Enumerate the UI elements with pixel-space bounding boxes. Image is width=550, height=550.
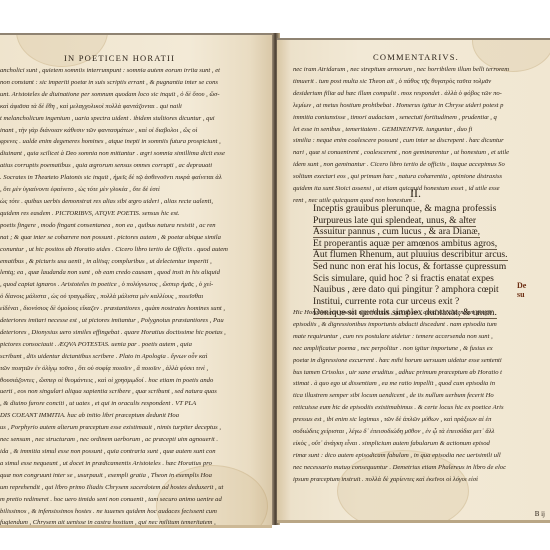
margin-note: De su (517, 281, 526, 299)
pencil-mark: / (467, 265, 470, 275)
text-line: unt. Aristoteles de diuinatione per somn… (0, 89, 272, 101)
text-line: deteriores , Dionysius uero similes effi… (0, 327, 272, 339)
text-line: pressus est , ibi enim sic legimus , τῶν… (293, 414, 506, 426)
text-line: λεμίων , at metus hostium prohibebat . H… (293, 100, 509, 112)
text-line: non constant : sic imperiti poetæ in sui… (0, 77, 272, 89)
text-line: ὡς τότε . quibus uerbis demonstrat res a… (0, 196, 272, 208)
text-line: quidem ita sunt Stoici assensi , ut etia… (293, 183, 509, 195)
text-line: φρενες . ualde enim degeneres homines , … (0, 136, 272, 148)
text-line: Institui, currente rota cur urceus exit … (313, 296, 508, 308)
text-line: Purpureus late qui splendeat, unus, & al… (313, 215, 508, 227)
text-line: poetæ in digressione excurrent . hæc mih… (293, 355, 506, 367)
text-line: Sed nunc non erat his locus, & fortasse … (313, 261, 508, 273)
text-line: nec amplificatur poema , nec perpolitur … (293, 343, 506, 355)
text-line: Et properantis aquæ per amœnos ambitus a… (313, 238, 508, 250)
left-page-text: ancholici sunt , quietem somniis interru… (0, 65, 272, 528)
text-line: , & diuino furore conciti , ut uates , e… (0, 398, 272, 410)
text-line: Scis simulare, quid hoc ? si fractis ena… (313, 273, 508, 285)
text-line: bus tamen Crisolus , uir sane eruditus ,… (293, 367, 506, 379)
text-line: atius corruptis poematibus , quia ægroru… (0, 160, 272, 172)
text-line: lentq; ea , quæ laudanda non sunt , ob e… (0, 267, 272, 279)
text-line: deteriores imitari necesse est , ut pict… (0, 315, 272, 327)
text-line: Nauibus , ære dato qui pingitur ? amphor… (313, 284, 508, 296)
text-line: τῶν ποιητῶν ἐν ὀλίγῳ τοῦτο , ὅτι οὐ σοφί… (0, 363, 272, 375)
text-line: nari , quæ si conuenirent , coalescerent… (293, 147, 509, 159)
text-line: ancholici sunt , quietem somniis interru… (0, 65, 272, 77)
underlined-line: Assuitur pannus , cum lucus , & ara Dian… (313, 226, 480, 238)
text-line: Aut flumen Rhenum, aut pluuius describit… (313, 249, 508, 261)
text-line: solitum exectari eos , qui primum hæc , … (293, 171, 509, 183)
text-line: similia : neque enim coalescere possunt … (293, 135, 509, 147)
text-line: uerti , eos non singulari aliqua sapient… (0, 386, 272, 398)
underlined-line: Et properantis aquæ per amœnos ambitus a… (313, 238, 497, 250)
text-line: episodiis , & digressionibus importunis … (293, 319, 506, 331)
text-line: immitia coniunxisse , timori audaciam , … (293, 112, 509, 124)
text-line: let esse in senibus , temeritatem . GEMI… (293, 124, 509, 136)
underlined-line: Aut flumen Rhenum, aut pluuius describit… (313, 249, 508, 261)
text-line: Inceptis grauibus plerunque, & magna pro… (313, 203, 508, 215)
running-head-left: IN POETICEN HORATII (64, 53, 175, 63)
text-line: Hic Horatius eos poetas reprehendit , qu… (293, 307, 506, 319)
text-line: mate requiruntur , cum res postulare uid… (293, 331, 506, 343)
text-line: um reprehendit , qui libro primo Iliadis… (0, 482, 272, 494)
text-line: a simul esse nequeunt , ut docet in præd… (0, 458, 272, 470)
left-page: IN POETICEN HORATII ancholici sunt , qui… (0, 33, 272, 528)
text-line: θουσιάζοντες , ὥσπερ οἱ θεομάντεις , καὶ… (0, 375, 272, 387)
page-signature: B ij (535, 510, 545, 518)
text-line: quæ non congruunt inter se , usurpauit ,… (0, 470, 272, 482)
text-line: nat ; & quæ inter se cohærere non possun… (0, 232, 272, 244)
text-line: t melancholicum ingenium , uaria spectra… (0, 113, 272, 125)
running-head-right: COMMENTARIVS. (373, 52, 459, 62)
text-line: , ὅτι μὲν ὑγιαίνοντι ἐφαίνετο , ὡς τότε … (0, 184, 272, 196)
text-line: εἰδέναι , διονύσιος δὲ ὁμοίους εἴκαζεν .… (0, 303, 272, 315)
text-line: rimæ sunt : dico autem episodicam fabula… (293, 450, 506, 462)
text-line: nec necessario mutuo consequuntur . Deme… (293, 462, 506, 474)
text-line: reticuisse eum hic de episodiis existima… (293, 402, 506, 414)
right-page: COMMENTARIVS. nec iram Atridarum , nec s… (277, 38, 550, 523)
text-line: καὶ ἀφιᾶσα τὰ δὲ ἔθη , καὶ μελαγχολικοὶ … (0, 101, 272, 113)
text-line: . Socrates in Theæteto Platonis sic inqu… (0, 172, 272, 184)
text-line: εἰκὸς , οὔτ᾽ ἀνάγκη εἶναι . simplicium a… (293, 438, 506, 450)
text-line: m pretio redimeret . hoc uero timido sen… (0, 494, 272, 506)
right-page-text-bottom: Hic Horatius eos poetas reprehendit , qu… (293, 307, 506, 486)
text-line: , quod capiat ignaros . Aristoteles in p… (0, 279, 272, 291)
text-line: quidem res easdem . PICTORIBVS, ATQVE PO… (0, 208, 272, 220)
text-line: σοδιώδεις χείρισται , λέγω δ᾽ ἐπεισοδιώδ… (293, 426, 506, 438)
text-line: stimat . à quo ego ut dissentiam , ea me… (293, 378, 506, 390)
text-line: bilissimos , & infensissimos hostes . ne… (0, 506, 272, 518)
text-line: nec iram Atridarum , nec strepitum armor… (293, 64, 509, 76)
text-line: fugiendum , Chrysem ait uenisse in castr… (0, 517, 272, 528)
text-line: scribunt , diis uidentur dictantibus scr… (0, 351, 272, 363)
text-line: timuerit . tum post multa sic Theon ait … (293, 76, 509, 88)
text-line: ὁ δίανοις μάλιστα , ὡς οὐ τραγῳδίας , πο… (0, 291, 272, 303)
text-line: inant , τὴν γὰρ διάνοιαν κάθεσιν τῶν φαν… (0, 125, 272, 137)
text-line: DIS COEANT IMMITIA. hac ab initio libri … (0, 410, 272, 422)
text-line: ida , & immitia simul esse non possunt ,… (0, 446, 272, 458)
underlined-line: Purpureus late qui splendeat, unus, & al… (313, 215, 476, 227)
pencil-mark: \ (465, 215, 468, 225)
text-line: Assuitur pannus , cum lucus , & ara Dian… (313, 226, 508, 238)
text-line: tica illustrem semper sibi locum uendice… (293, 390, 506, 402)
text-line: nec sensum , nec structuram , nec ordine… (0, 434, 272, 446)
text-line: desiderium filiæ ad hæc illum compulit .… (293, 88, 509, 100)
horace-verse-block: Inceptis grauibus plerunque, & magna pro… (313, 203, 508, 319)
text-line: poetis fingere , modo fingant consentane… (0, 220, 272, 232)
text-line: ematibus , & picturis usu uenit , in ali… (0, 256, 272, 268)
verse-number: II. (410, 186, 421, 201)
text-line: idem sunt , non geminantur . Cicero libr… (293, 159, 509, 171)
text-line: conuntur , ut hic positos ab Horatio uid… (0, 244, 272, 256)
text-line: diuinant , quia scilicet à Deo somnia no… (0, 148, 272, 160)
text-line: us , Porphyrio autem alterum præceptum e… (0, 422, 272, 434)
text-line: ipsum præceptum instruit . πολλὰ δὲ χαρί… (293, 474, 506, 486)
text-line: pictores consociauit . ÆQVA POTESTAS. ue… (0, 339, 272, 351)
right-page-text-top: nec iram Atridarum , nec strepitum armor… (293, 64, 509, 207)
